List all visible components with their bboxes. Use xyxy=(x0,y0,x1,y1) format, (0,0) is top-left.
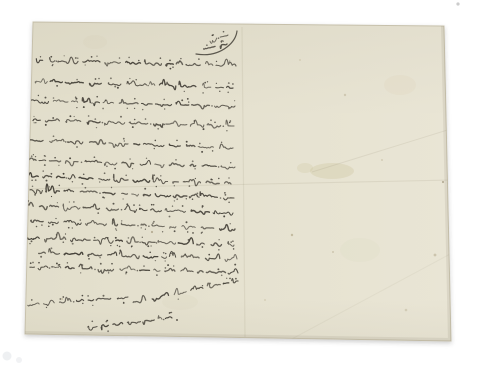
punctuation-dot xyxy=(137,270,139,272)
diacritic-dot xyxy=(182,205,184,207)
punctuation-dot xyxy=(81,162,83,164)
punctuation-dot xyxy=(73,301,75,303)
diacritic-dot xyxy=(121,220,122,221)
diacritic-dot xyxy=(30,262,32,264)
diacritic-dot xyxy=(102,108,104,110)
diacritic-dot xyxy=(85,187,87,189)
diacritic-dot xyxy=(145,118,147,120)
stain-blotch xyxy=(162,294,198,310)
diacritic-dot xyxy=(82,295,84,297)
foxing-speck xyxy=(405,309,408,312)
diacritic-dot xyxy=(129,78,130,79)
diacritic-dot xyxy=(160,175,161,176)
punctuation-dot xyxy=(211,105,213,107)
signature-dot xyxy=(176,319,178,321)
diacritic-dot xyxy=(143,265,144,266)
diacritic-dot xyxy=(40,256,42,258)
diacritic-dot xyxy=(235,278,237,280)
diacritic-dot xyxy=(202,92,204,94)
diacritic-dot xyxy=(214,121,216,123)
diacritic-dot xyxy=(33,154,34,155)
punctuation-dot xyxy=(163,319,165,321)
diacritic-dot xyxy=(34,122,35,123)
diacritic-dot xyxy=(219,91,220,92)
punctuation-dot xyxy=(65,141,67,143)
diacritic-dot xyxy=(186,198,187,199)
stain-blotch xyxy=(340,238,380,262)
diacritic-dot xyxy=(56,262,58,264)
diacritic-dot xyxy=(228,177,229,178)
diacritic-dot xyxy=(161,126,163,128)
diacritic-dot xyxy=(63,173,64,174)
diacritic-dot xyxy=(181,99,183,101)
diacritic-dot xyxy=(223,31,225,33)
punctuation-dot xyxy=(99,192,101,194)
diacritic-dot xyxy=(52,117,54,119)
diacritic-dot xyxy=(48,226,50,228)
diacritic-dot xyxy=(229,122,231,124)
diacritic-dot xyxy=(224,194,226,196)
diacritic-dot xyxy=(164,108,165,109)
diacritic-dot xyxy=(49,186,50,187)
diacritic-dot xyxy=(139,204,141,206)
diacritic-dot xyxy=(122,198,123,199)
diacritic-dot xyxy=(83,174,85,176)
diacritic-dot xyxy=(156,186,157,187)
diacritic-dot xyxy=(207,81,208,82)
diacritic-dot xyxy=(135,79,136,80)
diacritic-dot xyxy=(75,98,77,100)
foxing-speck xyxy=(291,234,293,236)
diacritic-dot xyxy=(43,170,44,171)
diacritic-dot xyxy=(32,262,34,264)
diacritic-dot xyxy=(160,57,162,59)
diacritic-dot xyxy=(54,157,56,159)
diacritic-dot xyxy=(128,57,130,59)
punctuation-dot xyxy=(56,60,58,62)
punctuation-dot xyxy=(102,122,104,124)
diacritic-dot xyxy=(169,68,171,70)
diacritic-dot xyxy=(192,232,194,234)
diacritic-dot xyxy=(31,180,33,182)
diacritic-dot xyxy=(221,40,222,41)
diacritic-dot xyxy=(58,165,59,166)
diacritic-dot xyxy=(201,151,203,153)
foxing-speck xyxy=(264,299,266,301)
diacritic-dot xyxy=(94,237,96,239)
diacritic-dot xyxy=(112,219,114,221)
diacritic-dot xyxy=(127,108,128,109)
diacritic-dot xyxy=(99,257,101,259)
diacritic-dot xyxy=(192,160,194,162)
diacritic-dot xyxy=(55,218,56,219)
stain-blotch xyxy=(384,75,416,95)
diacritic-dot xyxy=(83,106,85,108)
diacritic-dot xyxy=(202,285,203,286)
diacritic-dot xyxy=(29,243,30,244)
diacritic-dot xyxy=(147,245,149,247)
diacritic-dot xyxy=(219,239,220,240)
diacritic-dot xyxy=(53,135,55,137)
diacritic-dot xyxy=(92,305,93,306)
diacritic-dot xyxy=(199,143,201,145)
photo-of-letter: Photograph of a one-page handwritten Ott… xyxy=(0,0,480,365)
diacritic-dot xyxy=(111,187,112,188)
diacritic-dot xyxy=(153,221,155,223)
diacritic-dot xyxy=(111,263,113,265)
foxing-speck xyxy=(61,298,63,300)
diacritic-dot xyxy=(44,164,46,166)
diacritic-dot xyxy=(88,115,90,117)
diacritic-dot xyxy=(192,198,194,200)
diacritic-dot xyxy=(184,254,186,256)
handwriting-word xyxy=(216,87,224,88)
diacritic-dot xyxy=(209,283,211,285)
letter-photo: Photograph of a one-page handwritten Ott… xyxy=(0,0,480,365)
diacritic-dot xyxy=(50,56,52,58)
diacritic-dot xyxy=(167,264,169,266)
diacritic-dot xyxy=(163,252,165,254)
diacritic-dot xyxy=(95,78,97,80)
diacritic-dot xyxy=(226,130,227,131)
diacritic-dot xyxy=(152,222,153,223)
diacritic-dot xyxy=(155,260,156,261)
diacritic-dot xyxy=(204,82,206,84)
diacritic-dot xyxy=(162,231,163,232)
diacritic-dot xyxy=(56,234,58,236)
diacritic-dot xyxy=(234,264,236,266)
diacritic-dot xyxy=(154,148,155,149)
diacritic-dot xyxy=(186,141,188,143)
diacritic-dot xyxy=(87,295,89,297)
diacritic-dot xyxy=(230,241,232,243)
diacritic-dot xyxy=(145,229,146,230)
diacritic-dot xyxy=(99,181,100,182)
diacritic-dot xyxy=(221,275,223,277)
diacritic-dot xyxy=(69,157,71,159)
diacritic-dot xyxy=(96,96,98,98)
diacritic-dot xyxy=(234,100,235,101)
diacritic-dot xyxy=(142,237,143,238)
background-speck xyxy=(456,2,459,5)
diacritic-dot xyxy=(46,307,47,308)
diacritic-dot xyxy=(102,196,104,198)
diacritic-dot xyxy=(142,109,143,110)
diacritic-dot xyxy=(201,232,203,234)
diacritic-dot xyxy=(172,205,173,206)
diacritic-dot xyxy=(126,203,128,205)
diacritic-dot xyxy=(176,198,178,200)
diacritic-dot xyxy=(165,267,167,269)
diacritic-dot xyxy=(232,240,234,242)
stain-blotch xyxy=(83,35,107,49)
diacritic-dot xyxy=(229,278,231,280)
diacritic-dot xyxy=(35,156,36,157)
diacritic-dot xyxy=(169,60,171,62)
punctuation-dot xyxy=(218,37,220,39)
diacritic-dot xyxy=(202,246,204,248)
diacritic-dot xyxy=(194,168,196,170)
diacritic-dot xyxy=(193,120,195,122)
diacritic-dot xyxy=(230,162,231,163)
diacritic-dot xyxy=(202,207,203,208)
diacritic-dot xyxy=(59,264,61,266)
diacritic-dot xyxy=(72,227,73,228)
diacritic-dot xyxy=(113,203,115,205)
diacritic-dot xyxy=(65,233,66,234)
diacritic-dot xyxy=(75,96,76,97)
diacritic-dot xyxy=(88,258,90,260)
diacritic-dot xyxy=(196,192,198,194)
diacritic-dot xyxy=(151,204,153,206)
diacritic-dot xyxy=(68,227,70,229)
diacritic-dot xyxy=(232,83,234,85)
diacritic-dot xyxy=(119,57,121,59)
diacritic-dot xyxy=(229,61,230,62)
diacritic-dot xyxy=(123,302,124,303)
diacritic-dot xyxy=(117,245,118,246)
diacritic-dot xyxy=(216,83,217,84)
diacritic-dot xyxy=(36,226,38,228)
diacritic-dot xyxy=(228,202,230,204)
diacritic-dot xyxy=(45,97,47,99)
diacritic-dot xyxy=(51,196,52,197)
diacritic-dot xyxy=(163,99,165,101)
diacritic-dot xyxy=(96,127,97,128)
diacritic-dot xyxy=(129,158,131,160)
punctuation-dot xyxy=(137,225,139,227)
diacritic-dot xyxy=(217,268,219,270)
diacritic-dot xyxy=(138,60,140,62)
diacritic-dot xyxy=(107,237,109,239)
diacritic-dot xyxy=(174,230,176,232)
diacritic-dot xyxy=(212,150,214,152)
stain-blotch xyxy=(297,163,313,173)
diacritic-dot xyxy=(230,120,232,122)
diacritic-dot xyxy=(125,273,126,274)
diacritic-dot xyxy=(69,201,70,202)
punctuation-dot xyxy=(121,209,123,211)
diacritic-dot xyxy=(81,183,83,185)
diacritic-dot xyxy=(31,299,33,301)
diacritic-dot xyxy=(38,262,40,264)
diacritic-dot xyxy=(216,61,217,62)
diacritic-dot xyxy=(184,91,185,92)
diacritic-dot xyxy=(62,241,64,243)
diacritic-dot xyxy=(53,97,55,99)
diacritic-dot xyxy=(106,165,108,167)
diacritic-dot xyxy=(64,55,65,56)
diacritic-dot xyxy=(108,272,109,273)
diacritic-dot xyxy=(82,303,83,304)
diacritic-dot xyxy=(52,224,54,226)
diacritic-dot xyxy=(35,179,37,181)
foxing-speck xyxy=(442,181,444,183)
diacritic-dot xyxy=(51,173,53,175)
diacritic-dot xyxy=(77,58,78,59)
diacritic-dot xyxy=(224,192,226,194)
diacritic-dot xyxy=(170,312,171,313)
diacritic-dot xyxy=(174,185,175,186)
diacritic-dot xyxy=(132,126,134,128)
diacritic-dot xyxy=(62,296,64,298)
diacritic-dot xyxy=(134,98,136,100)
diacritic-dot xyxy=(228,107,230,109)
diacritic-dot xyxy=(208,254,210,256)
diacritic-dot xyxy=(179,60,181,62)
diacritic-dot xyxy=(134,108,135,109)
diacritic-dot xyxy=(230,223,231,224)
punctuation-dot xyxy=(91,102,93,104)
punctuation-dot xyxy=(139,242,141,244)
diacritic-dot xyxy=(153,204,155,206)
diacritic-dot xyxy=(165,253,167,255)
diacritic-dot xyxy=(157,128,159,130)
diacritic-dot xyxy=(166,82,168,84)
diacritic-dot xyxy=(57,202,58,203)
diacritic-dot xyxy=(175,159,176,160)
diacritic-dot xyxy=(117,87,119,89)
diacritic-dot xyxy=(72,243,74,245)
diacritic-dot xyxy=(218,249,220,251)
diacritic-dot xyxy=(114,168,116,170)
diacritic-dot xyxy=(80,272,81,273)
diacritic-dot xyxy=(119,246,121,248)
background-speck xyxy=(16,357,22,363)
diacritic-dot xyxy=(165,260,166,261)
punctuation-dot xyxy=(223,125,225,127)
diacritic-dot xyxy=(186,221,188,223)
diacritic-dot xyxy=(75,57,77,59)
diacritic-dot xyxy=(141,227,142,228)
diacritic-dot xyxy=(98,78,100,80)
diacritic-dot xyxy=(45,124,47,126)
diacritic-dot xyxy=(119,250,121,252)
diacritic-dot xyxy=(41,224,43,226)
diacritic-dot xyxy=(32,186,34,188)
diacritic-dot xyxy=(226,278,227,279)
diacritic-dot xyxy=(131,246,132,247)
diacritic-dot xyxy=(76,79,78,81)
foxing-speck xyxy=(332,251,334,253)
diacritic-dot xyxy=(69,115,71,117)
diacritic-dot xyxy=(221,142,222,143)
diacritic-dot xyxy=(176,140,178,142)
diacritic-dot xyxy=(187,98,189,100)
diacritic-dot xyxy=(128,237,130,239)
diacritic-dot xyxy=(110,245,111,246)
diacritic-dot xyxy=(187,231,188,232)
punctuation-dot xyxy=(220,197,222,199)
diacritic-dot xyxy=(125,271,127,273)
handwriting-word xyxy=(39,160,46,161)
diacritic-dot xyxy=(198,58,200,60)
diacritic-dot xyxy=(104,172,106,174)
punctuation-dot xyxy=(156,242,158,244)
diacritic-dot xyxy=(56,85,58,87)
foxing-speck xyxy=(434,254,437,257)
diacritic-dot xyxy=(156,274,158,276)
foxing-speck xyxy=(381,159,383,161)
punctuation-dot xyxy=(218,166,220,168)
punctuation-dot xyxy=(198,196,200,198)
diacritic-dot xyxy=(94,156,96,158)
diacritic-dot xyxy=(206,44,208,46)
foxing-speck xyxy=(151,231,153,233)
diacritic-dot xyxy=(170,253,171,254)
punctuation-dot xyxy=(49,267,51,269)
paper-shading xyxy=(20,18,460,348)
diacritic-dot xyxy=(115,237,117,239)
diacritic-dot xyxy=(34,194,36,196)
diacritic-dot xyxy=(154,174,156,176)
punctuation-dot xyxy=(150,123,152,125)
diacritic-dot xyxy=(228,82,230,84)
paper-surface xyxy=(20,18,460,348)
diacritic-dot xyxy=(33,116,34,117)
diacritic-dot xyxy=(107,330,109,332)
diacritic-dot xyxy=(120,116,122,118)
diacritic-dot xyxy=(171,312,172,313)
diacritic-dot xyxy=(31,240,33,242)
diacritic-dot xyxy=(50,247,52,249)
diacritic-dot xyxy=(91,320,93,322)
diacritic-dot xyxy=(144,188,146,190)
diacritic-dot xyxy=(31,155,33,157)
diacritic-dot xyxy=(100,263,102,265)
diacritic-dot xyxy=(106,320,108,322)
diacritic-dot xyxy=(115,228,117,230)
diacritic-dot xyxy=(73,201,74,202)
diacritic-dot xyxy=(227,91,229,93)
diacritic-dot xyxy=(123,138,125,140)
diacritic-dot xyxy=(195,178,196,179)
diacritic-dot xyxy=(211,179,212,180)
diacritic-dot xyxy=(105,100,106,101)
diacritic-dot xyxy=(212,34,214,36)
diacritic-dot xyxy=(44,155,46,157)
diacritic-dot xyxy=(76,107,77,108)
diacritic-dot xyxy=(72,181,73,182)
diacritic-dot xyxy=(146,158,147,159)
diacritic-dot xyxy=(52,64,53,65)
diacritic-dot xyxy=(223,215,225,217)
diacritic-dot xyxy=(203,128,205,130)
diacritic-dot xyxy=(180,58,181,59)
diacritic-dot xyxy=(202,205,204,207)
diacritic-dot xyxy=(134,119,136,121)
diacritic-dot xyxy=(155,140,157,142)
diacritic-dot xyxy=(35,122,36,123)
diacritic-dot xyxy=(38,95,39,96)
diacritic-dot xyxy=(178,298,179,299)
diacritic-dot xyxy=(80,219,81,220)
diacritic-dot xyxy=(67,262,68,263)
diacritic-dot xyxy=(173,265,174,266)
punctuation-dot xyxy=(94,269,96,271)
diacritic-dot xyxy=(188,239,190,241)
diacritic-dot xyxy=(85,64,86,65)
diacritic-dot xyxy=(169,216,171,218)
background-speck xyxy=(3,352,12,361)
diacritic-dot xyxy=(127,81,129,83)
diacritic-dot xyxy=(59,298,61,300)
foxing-speck xyxy=(299,59,301,61)
punctuation-dot xyxy=(147,85,149,87)
diacritic-dot xyxy=(74,116,75,117)
diacritic-dot xyxy=(40,56,41,57)
diacritic-dot xyxy=(188,101,189,102)
